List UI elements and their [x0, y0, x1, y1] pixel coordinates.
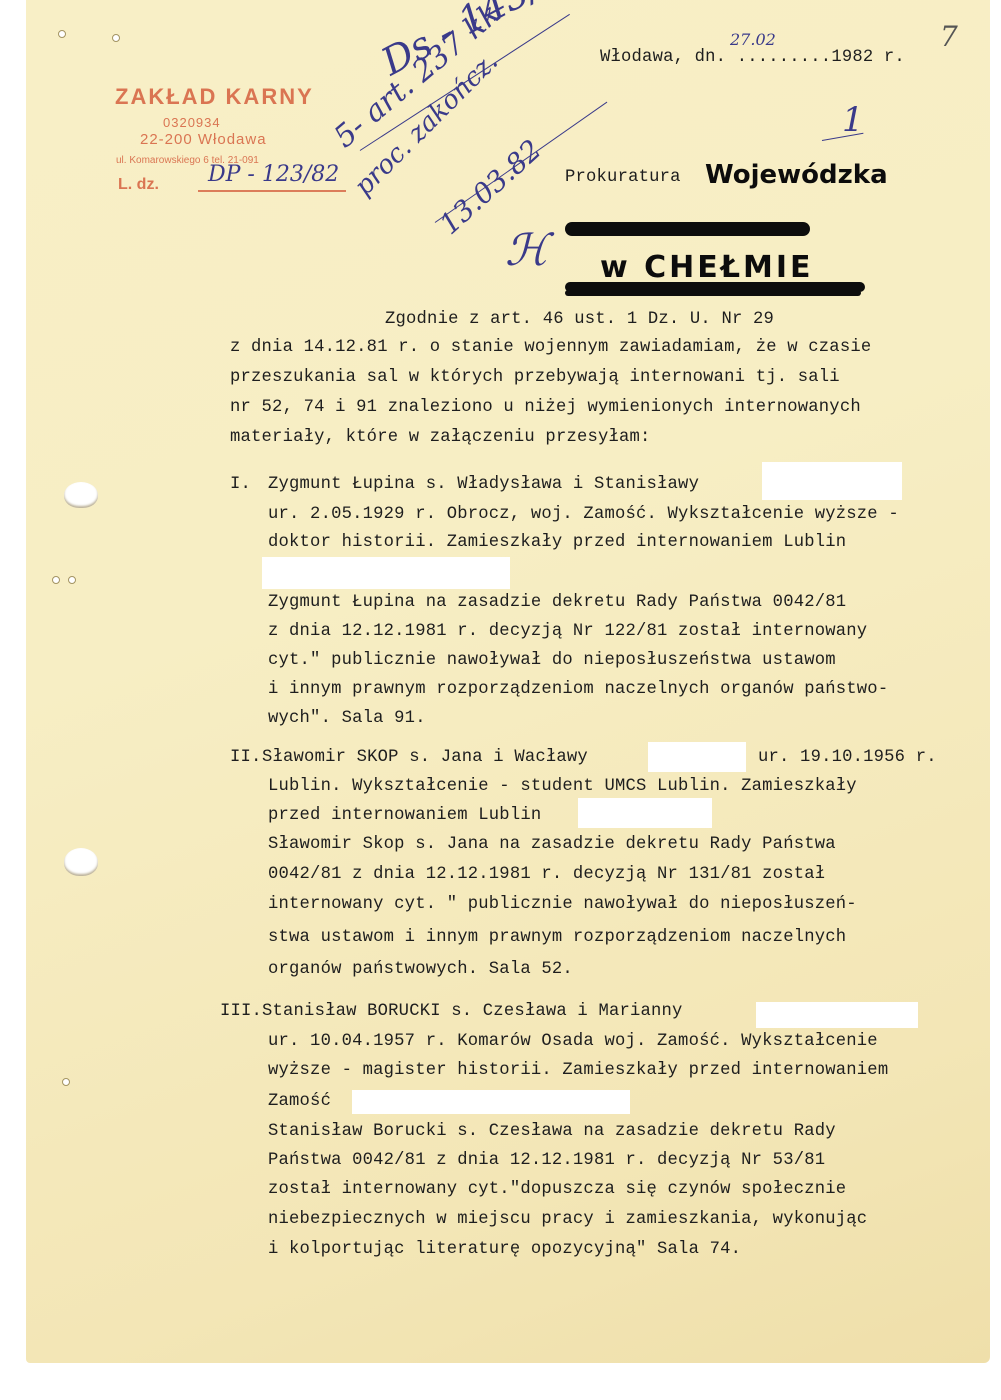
entry-line: niebezpiecznych w miejscu pracy i zamies…: [268, 1210, 867, 1229]
entry-line: wych". Sala 91.: [268, 709, 426, 728]
redaction-box: [352, 1090, 630, 1114]
intro-line: nr 52, 74 i 91 znaleziono u niżej wymien…: [230, 398, 861, 417]
entry-line: Zygmunt Łupina na zasadzie dekretu Rady …: [268, 593, 846, 612]
entry-line: Państwa 0042/81 z dnia 12.12.1981 r. dec…: [268, 1151, 825, 1170]
entry-line: i kolportując literaturę opozycyjną" Sal…: [268, 1240, 741, 1259]
punch-hole: [64, 482, 98, 508]
entry-line: Zamość: [268, 1092, 331, 1111]
stamp-underline: [198, 190, 346, 192]
entry-line: internowany cyt. " publicznie nawoływał …: [268, 895, 857, 914]
redaction-box: [578, 798, 712, 828]
date-dots: .........: [737, 48, 832, 67]
entry-line: stwa ustawom i innym prawnym rozporządze…: [268, 928, 846, 947]
stamp-code: 0320934: [163, 115, 221, 130]
entry-line: przed internowaniem Lublin: [268, 806, 541, 825]
addressee-office: Wojewódzka: [705, 160, 888, 190]
entry-numeral: II.: [230, 748, 262, 767]
entry-line: Zygmunt Łupina s. Władysława i Stanisław…: [268, 475, 699, 494]
stamp-ldz-label: L. dz.: [118, 176, 159, 194]
entry-line: został internowany cyt."dopuszcza się cz…: [268, 1180, 846, 1199]
place-date-line: Włodawa, dn. .........1982 r.: [600, 48, 905, 67]
redaction-box: [756, 1002, 918, 1028]
entry-line: Stanisław BORUCKI s. Czesława i Marianny: [262, 1002, 683, 1021]
entry-line: Sławomir SKOP s. Jana i Wacławy: [262, 748, 588, 767]
entry-line: i innym prawnym rozporządzeniom naczelny…: [268, 680, 888, 699]
entry-line: z dnia 12.12.1981 r. decyzją Nr 122/81 z…: [268, 622, 867, 641]
intro-line: Zgodnie z art. 46 ust. 1 Dz. U. Nr 29: [385, 310, 774, 329]
entry-line: doktor historii. Zamieszkały przed inter…: [268, 533, 846, 552]
entry-numeral: I.: [230, 475, 251, 494]
stamp-title: ZAKŁAD KARNY: [115, 84, 314, 110]
staple-hole: [112, 34, 120, 42]
underline-bar: [565, 290, 861, 296]
entry-line: Sławomir Skop s. Jana na zasadzie dekret…: [268, 835, 836, 854]
redaction-box: [262, 557, 510, 589]
entry-line: Lublin. Wykształcenie - student UMCS Lub…: [268, 777, 857, 796]
page-number: 7: [940, 20, 958, 53]
entry-line: Stanisław Borucki s. Czesława na zasadzi…: [268, 1122, 836, 1141]
entry-line: cyt." publicznie nawoływał do nieposłusz…: [268, 651, 836, 670]
staple-hole: [62, 1078, 70, 1086]
punch-hole: [64, 848, 98, 876]
entry-line: organów państwowych. Sala 52.: [268, 960, 573, 979]
addressee-city: w CHEŁMIE: [600, 250, 814, 285]
redaction-box: [762, 462, 902, 500]
intro-line: przeszukania sal w których przebywają in…: [230, 368, 840, 387]
intro-line: z dnia 14.12.81 r. o stanie wojennym zaw…: [230, 338, 871, 357]
entry-line: ur. 10.04.1957 r. Komarów Osada woj. Zam…: [268, 1032, 878, 1051]
stamp-city: 22-200 Włodawa: [140, 131, 267, 148]
staple-hole: [58, 30, 66, 38]
entry-numeral: III.: [220, 1002, 262, 1021]
date-year: 1982 r.: [831, 48, 905, 67]
redaction-bar: [565, 222, 810, 236]
signature: ℋ: [505, 225, 548, 276]
entry-line: ur. 2.05.1929 r. Obrocz, woj. Zamość. Wy…: [268, 505, 899, 524]
staple-hole: [68, 576, 76, 584]
staple-hole: [52, 576, 60, 584]
entry-line: ur. 19.10.1956 r.: [758, 748, 937, 767]
handwritten-date-day: 27.02: [730, 30, 776, 49]
entry-line: 0042/81 z dnia 12.12.1981 r. decyzją Nr …: [268, 865, 825, 884]
redaction-box: [648, 742, 746, 772]
addressee-label: Prokuratura: [565, 168, 681, 187]
place-label: Włodawa, dn.: [600, 48, 737, 67]
intro-line: materiały, które w załączeniu przesyłam:: [230, 428, 651, 447]
entry-line: wyższe - magister historii. Zamieszkały …: [268, 1061, 888, 1080]
ldz-number: DP - 123/82: [208, 162, 339, 187]
